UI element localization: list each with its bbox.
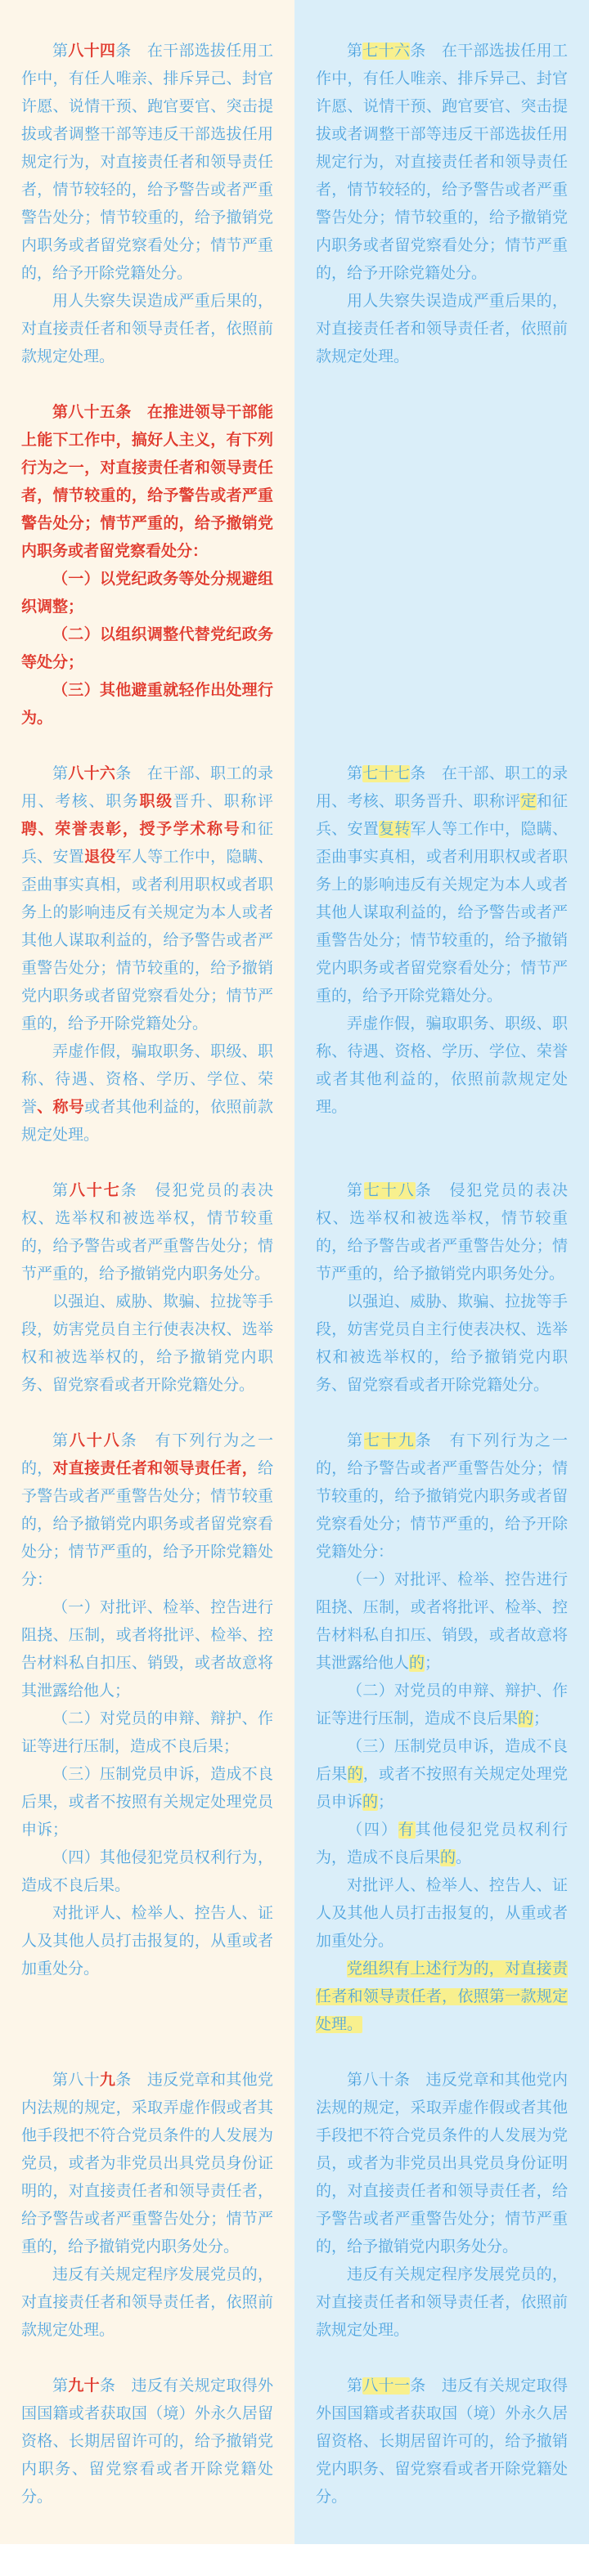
old-version-article: 第七十八条 侵犯党员的表决权、选举权和被选举权，情节较重的，给予警告或者严重警告…: [294, 1177, 589, 1400]
old-version-article: 第八十条 违反党章和其他党内法规的规定，采取弄虚作假或者其他手段把不符合党员条件…: [294, 2067, 589, 2345]
article-paragraph: 第七十八条 侵犯党员的表决权、选举权和被选举权，情节较重的，给予警告或者严重警告…: [316, 1177, 568, 1288]
added-text: 职级: [139, 793, 173, 810]
article-paragraph: （三）压制党员申诉，造成不良后果，或者不按照有关规定处理党员申诉；: [21, 1761, 273, 1844]
comparison-row: 第八十四条 在干部选拔任用工作中，有任人唯亲、排斥异己、封官许愿、说情干预、跑官…: [0, 38, 589, 371]
comparison-rows: 第八十四条 在干部选拔任用工作中，有任人唯亲、排斥异己、封官许愿、说情干预、跑官…: [0, 38, 589, 2511]
article-paragraph: 第八十六条 在干部、职工的录用、考核、职务职级晋升、职称评聘、荣誉表彰，授予学术…: [21, 760, 273, 1038]
body-text: 以强迫、威胁、欺骗、拉拢等手段，妨害党员自主行使表决权、选举权和被选举权的，给予…: [21, 1293, 273, 1394]
article-paragraph: 对批评人、检举人、控告人、证人及其他人员打击报复的，从重或者加重处分。: [316, 1872, 568, 1956]
added-text: 九十: [68, 2377, 100, 2395]
new-version-article: 第九十条 违反有关规定取得外国国籍或者获取国（境）外永久居留资格、长期居留许可的…: [0, 2372, 294, 2511]
body-text: 对批评人、检举人、控告人、证人及其他人员打击报复的，从重或者加重处分。: [21, 1905, 273, 1978]
article-paragraph: （一）对批评、检举、控告进行阻挠、压制，或者将批评、检举、控告材料私自扣压、销毁…: [21, 1594, 273, 1705]
article-paragraph: （一）对批评、检举、控告进行阻挠、压制，或者将批评、检举、控告材料私自扣压、销毁…: [316, 1566, 568, 1678]
article-paragraph: 用人失察失误造成严重后果的，对直接责任者和领导责任者，依照前款规定处理。: [21, 288, 273, 371]
changed-text-highlight: 有: [398, 1821, 416, 1839]
body-text: 军人等工作中，隐瞒、歪曲事实真相，或者利用职权或者职务上的影响违反有关规定为本人…: [316, 821, 568, 1005]
body-text: 。: [456, 1849, 471, 1866]
body-text: 第: [347, 43, 362, 60]
body-text: 给予警告或者严重警告处分；情节较重的，给予撤销党内职务或者留党察看处分；情节严重…: [21, 1460, 273, 1588]
article-paragraph: 党组织有上述行为的，对直接责任者和领导责任者，依照第一款规定处理。: [316, 1956, 568, 2039]
new-version-article: 第八十九条 违反党章和其他党内法规的规定，采取弄虚作假或者其他手段把不符合党员条…: [0, 2067, 294, 2345]
changed-text-highlight: 七十七: [362, 765, 410, 782]
article-paragraph: （二）对党员的申辩、辩护、作证等进行压制，造成不良后果的；: [316, 1678, 568, 1733]
body-text: 弄虚作假，骗取职务、职级、职称、待遇、资格、学历、学位、荣誉或者其他利益的，依照…: [316, 1015, 568, 1116]
changed-text-highlight: 八十一: [362, 2377, 410, 2395]
added-text: 八十八: [70, 1432, 121, 1449]
article-paragraph: 第八十八条 有下列行为之一的，对直接责任者和领导责任者，给予警告或者严重警告处分…: [21, 1427, 273, 1594]
body-text: 第: [52, 1432, 70, 1449]
comparison-row: 第八十七条 侵犯党员的表决权、选举权和被选举权，情节较重的，给予警告或者严重警告…: [0, 1177, 589, 1400]
article-paragraph: 违反有关规定程序发展党员的，对直接责任者和领导责任者，依照前款规定处理。: [21, 2261, 273, 2345]
comparison-row: 第八十六条 在干部、职工的录用、考核、职务职级晋升、职称评聘、荣誉表彰，授予学术…: [0, 760, 589, 1149]
added-text: 聘、荣誉表彰，授予学术称号: [21, 821, 241, 838]
changed-text-highlight: 的: [348, 1766, 363, 1783]
changed-text-highlight: 七十六: [362, 43, 410, 60]
changed-text-highlight: 的: [362, 1794, 378, 1811]
body-text: ；: [425, 1655, 440, 1672]
body-text: 第: [347, 1182, 364, 1199]
article-paragraph: （四）其他侵犯党员权利行为，造成不良后果。: [21, 1844, 273, 1900]
added-text: （一）以党纪政务等处分规避组织调整；: [21, 571, 273, 616]
regulation-comparison-document: 第八十四条 在干部选拔任用工作中，有任人唯亲、排斥异己、封官许愿、说情干预、跑官…: [0, 0, 589, 2544]
changed-text-highlight: 七十九: [364, 1432, 416, 1449]
body-text: 第八十条 违反党章和其他党内法规的规定，采取弄虚作假或者其他手段把不符合党员条件…: [316, 2072, 568, 2256]
new-version-article: 第八十七条 侵犯党员的表决权、选举权和被选举权，情节较重的，给予警告或者严重警告…: [0, 1177, 294, 1400]
changed-text-highlight: 党组织有上述行为的，对直接责任者和领导责任者，依照第一款规定处理。: [316, 1960, 568, 2033]
body-text: 第: [52, 2377, 68, 2395]
body-text: 以强迫、威胁、欺骗、拉拢等手段，妨害党员自主行使表决权、选举权和被选举权的，给予…: [316, 1293, 568, 1394]
added-text: 八十六: [68, 765, 115, 782]
body-text: （四）: [347, 1821, 398, 1839]
changed-text-highlight: 复转: [379, 821, 411, 838]
article-paragraph: 第八十一条 违反有关规定取得外国国籍或者获取国（境）外永久居留资格、长期居留许可…: [316, 2372, 568, 2511]
added-text: 九: [100, 2072, 115, 2089]
body-text: 第八十: [52, 2072, 100, 2089]
article-paragraph: 第九十条 违反有关规定取得外国国籍或者获取国（境）外永久居留资格、长期居留许可的…: [21, 2372, 273, 2511]
body-text: 第: [52, 1182, 70, 1199]
body-text: 晋升、职称评: [173, 793, 273, 810]
article-paragraph: （三）其他避重就轻作出处理行为。: [21, 677, 273, 732]
body-text: 第: [347, 2377, 362, 2395]
article-paragraph: 第八十四条 在干部选拔任用工作中，有任人唯亲、排斥异己、封官许愿、说情干预、跑官…: [21, 38, 273, 288]
body-text: ；: [378, 1794, 393, 1811]
article-paragraph: 第八十条 违反党章和其他党内法规的规定，采取弄虚作假或者其他手段把不符合党员条件…: [316, 2067, 568, 2261]
article-paragraph: 弄虚作假，骗取职务、职级、职称、待遇、资格、学历、学位、荣誉或者其他利益的，依照…: [316, 1010, 568, 1122]
body-text: （三）压制党员申诉，造成不良后果，或者不按照有关规定处理党员申诉；: [21, 1766, 273, 1839]
added-text: 第八十五条 在推进领导干部能上能下工作中，搞好人主义，有下列行为之一，对直接责任…: [21, 404, 273, 560]
body-text: 条 有下列行为之一的，给予警告或者严重警告处分；情节较重的，给予撤销党内职务或者…: [316, 1432, 568, 1561]
body-text: 第: [347, 1432, 364, 1449]
body-text: 第: [347, 765, 362, 782]
new-version-article: 第八十五条 在推进领导干部能上能下工作中，搞好人主义，有下列行为之一，对直接责任…: [0, 399, 294, 732]
article-paragraph: 以强迫、威胁、欺骗、拉拢等手段，妨害党员自主行使表决权、选举权和被选举权的，给予…: [316, 1288, 568, 1400]
body-text: 条 在干部选拔任用工作中，有任人唯亲、排斥异己、封官许愿、说情干预、跑官要官、突…: [21, 43, 273, 282]
article-paragraph: 违反有关规定程序发展党员的，对直接责任者和领导责任者，依照前款规定处理。: [316, 2261, 568, 2345]
article-paragraph: 第七十七条 在干部、职工的录用、考核、职务晋升、职称评定和征兵、安置复转军人等工…: [316, 760, 568, 1010]
body-text: 条 在干部选拔任用工作中，有任人唯亲、排斥异己、封官许愿、说情干预、跑官要官、突…: [316, 43, 568, 282]
article-paragraph: 第七十九条 有下列行为之一的，给予警告或者严重警告处分；情节较重的，给予撤销党内…: [316, 1427, 568, 1566]
article-paragraph: 第八十五条 在推进领导干部能上能下工作中，搞好人主义，有下列行为之一，对直接责任…: [21, 399, 273, 566]
changed-text-highlight: 的: [440, 1849, 456, 1866]
body-text: （二）对党员的申辩、辩护、作证等进行压制，造成不良后果；: [21, 1710, 273, 1755]
body-text: 第: [52, 765, 68, 782]
added-text: （三）其他避重就轻作出处理行为。: [21, 682, 273, 727]
changed-text-highlight: 七十八: [364, 1182, 416, 1199]
body-text: 条 违反有关规定取得外国国籍或者获取国（境）外永久居留资格、长期居留许可的，给予…: [316, 2377, 568, 2506]
body-text: 对批评人、检举人、控告人、证人及其他人员打击报复的，从重或者加重处分。: [316, 1877, 568, 1950]
article-paragraph: 弄虚作假，骗取职务、职级、职称、待遇、资格、学历、学位、荣誉、称号或者其他利益的…: [21, 1038, 273, 1149]
added-text: 对直接责任者和领导责任者，: [53, 1460, 258, 1477]
changed-text-highlight: 的: [518, 1710, 533, 1727]
comparison-row: 第九十条 违反有关规定取得外国国籍或者获取国（境）外永久居留资格、长期居留许可的…: [0, 2372, 589, 2511]
body-text: ；: [533, 1710, 549, 1727]
changed-text-highlight: 定: [520, 793, 536, 810]
article-paragraph: （四）有其他侵犯党员权利行为，造成不良后果的。: [316, 1817, 568, 1872]
article-paragraph: （三）压制党员申诉，造成不良后果的，或者不按照有关规定处理党员申诉的；: [316, 1733, 568, 1817]
old-version-article: 第八十一条 违反有关规定取得外国国籍或者获取国（境）外永久居留资格、长期居留许可…: [294, 2372, 589, 2511]
body-text: 第: [52, 43, 68, 60]
article-paragraph: 用人失察失误造成严重后果的，对直接责任者和领导责任者，依照前款规定处理。: [316, 288, 568, 371]
old-version-article: 第七十六条 在干部选拔任用工作中，有任人唯亲、排斥异己、封官许愿、说情干预、跑官…: [294, 38, 589, 371]
added-text: （二）以组织调整代替党纪政务等处分；: [21, 626, 273, 671]
added-text: 八十四: [68, 43, 115, 60]
article-paragraph: 对批评人、检举人、控告人、证人及其他人员打击报复的，从重或者加重处分。: [21, 1900, 273, 1983]
old-version-article: 第七十九条 有下列行为之一的，给予警告或者严重警告处分；情节较重的，给予撤销党内…: [294, 1427, 589, 2039]
article-paragraph: （二）以组织调整代替党纪政务等处分；: [21, 621, 273, 677]
body-text: 条 违反有关规定取得外国国籍或者获取国（境）外永久居留资格、长期居留许可的，给予…: [21, 2377, 273, 2506]
body-text: 条 违反党章和其他党内法规的规定，采取弄虚作假或者其他手段把不符合党员条件的人发…: [21, 2072, 273, 2256]
comparison-row: 第八十五条 在推进领导干部能上能下工作中，搞好人主义，有下列行为之一，对直接责任…: [0, 399, 589, 732]
new-version-article: 第八十八条 有下列行为之一的，对直接责任者和领导责任者，给予警告或者严重警告处分…: [0, 1427, 294, 1983]
old-version-article: 第七十七条 在干部、职工的录用、考核、职务晋升、职称评定和征兵、安置复转军人等工…: [294, 760, 589, 1122]
new-version-article: 第八十六条 在干部、职工的录用、考核、职务职级晋升、职称评聘、荣誉表彰，授予学术…: [0, 760, 294, 1149]
comparison-row: 第八十八条 有下列行为之一的，对直接责任者和领导责任者，给予警告或者严重警告处分…: [0, 1427, 589, 2039]
added-text: 八十七: [70, 1182, 121, 1199]
body-text: （一）对批评、检举、控告进行阻挠、压制，或者将批评、检举、控告材料私自扣压、销毁…: [316, 1571, 568, 1672]
body-text: 军人等工作中，隐瞒、歪曲事实真相，或者利用职权或者职务上的影响违反有关规定为本人…: [21, 849, 273, 1033]
changed-text-highlight: 的: [409, 1655, 425, 1672]
article-paragraph: 第八十九条 违反党章和其他党内法规的规定，采取弄虚作假或者其他手段把不符合党员条…: [21, 2067, 273, 2261]
article-paragraph: 第七十六条 在干部选拔任用工作中，有任人唯亲、排斥异己、封官许愿、说情干预、跑官…: [316, 38, 568, 288]
comparison-row: 第八十九条 违反党章和其他党内法规的规定，采取弄虚作假或者其他手段把不符合党员条…: [0, 2067, 589, 2345]
added-text: 、称号: [37, 1099, 84, 1116]
article-paragraph: （一）以党纪政务等处分规避组织调整；: [21, 566, 273, 621]
body-text: 用人失察失误造成严重后果的，对直接责任者和领导责任者，依照前款规定处理。: [21, 293, 273, 365]
body-text: 用人失察失误造成严重后果的，对直接责任者和领导责任者，依照前款规定处理。: [316, 293, 568, 365]
article-paragraph: 第八十七条 侵犯党员的表决权、选举权和被选举权，情节较重的，给予警告或者严重警告…: [21, 1177, 273, 1288]
article-paragraph: 以强迫、威胁、欺骗、拉拢等手段，妨害党员自主行使表决权、选举权和被选举权的，给予…: [21, 1288, 273, 1400]
new-version-article: 第八十四条 在干部选拔任用工作中，有任人唯亲、排斥异己、封官许愿、说情干预、跑官…: [0, 38, 294, 371]
added-text: 退役: [84, 849, 116, 866]
body-text: 违反有关规定程序发展党员的，对直接责任者和领导责任者，依照前款规定处理。: [21, 2266, 273, 2339]
body-text: 违反有关规定程序发展党员的，对直接责任者和领导责任者，依照前款规定处理。: [316, 2266, 568, 2339]
body-text: （一）对批评、检举、控告进行阻挠、压制，或者将批评、检举、控告材料私自扣压、销毁…: [21, 1599, 273, 1700]
article-paragraph: （二）对党员的申辩、辩护、作证等进行压制，造成不良后果；: [21, 1705, 273, 1761]
body-text: （四）其他侵犯党员权利行为，造成不良后果。: [21, 1849, 273, 1894]
